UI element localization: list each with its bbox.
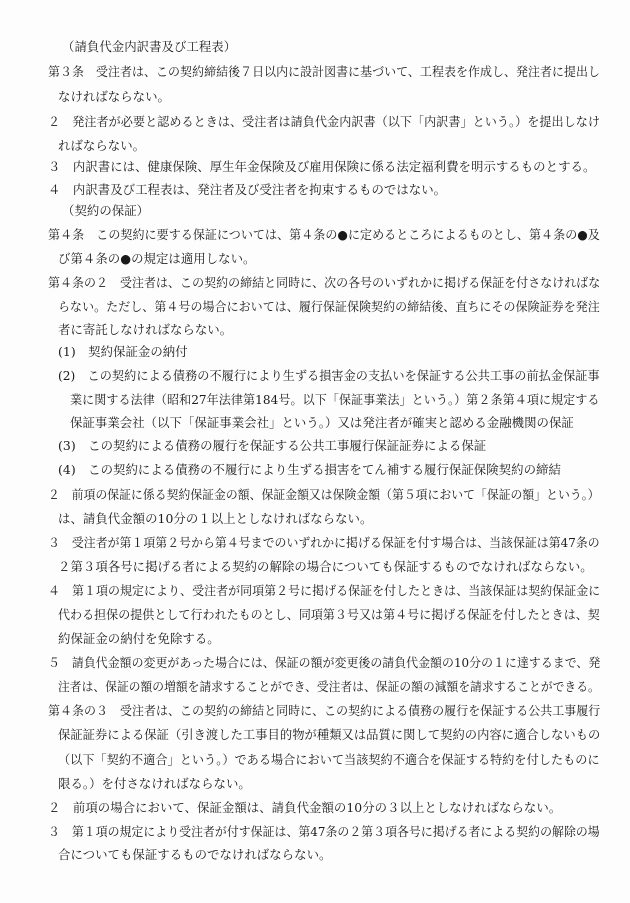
document-line-paragraph: ５ 請負代金額の変更があった場合には、保証の額が変更後の請負代金額の10分の１に…	[48, 655, 600, 671]
document-line-paragraph: ２ 発注者が必要と認めるときは、受注者は請負代金内訳書（以下「内訳書」という。）…	[48, 114, 600, 130]
document-line-article: 第４条の３ 受注者は、この契約の締結と同時に、この契約による債務の履行を保証する…	[48, 703, 600, 719]
document-page: （請負代金内訳書及び工程表）第３条 受注者は、この契約締結後７日以内に設計図書に…	[0, 0, 630, 903]
document-line-paragraph: ４ 内訳書及び工程表は、発注者及び受注者を拘束するものではない。	[48, 182, 446, 198]
document-line-paragraph: ３ 内訳書には、健康保険、厚生年金保険及び雇用保険に係る法定福利費を明示するもの…	[48, 159, 595, 175]
document-line-continuation: び第４条の●の規定は適用しない。	[58, 251, 255, 267]
document-line-paragraph: ４ 第１項の規定により、受注者が同項第２号に掲げる保証を付したときは、当該保証は…	[48, 583, 600, 599]
document-line-article: 第４条 この契約に要する保証については、第４条の●に定めるところによるものとし、…	[48, 227, 600, 243]
document-line-continuation: 者に寄託しなければならない。	[58, 322, 232, 338]
document-line-paragraph: ３ 受注者が第１項第２号から第４号までのいずれかに掲げる保証を付す場合は、当該保…	[48, 535, 600, 551]
document-line-continuation: 業に関する法律（昭和27年法律第184号。以下「保証事業法」という。）第２条第４…	[70, 392, 600, 408]
document-line-article: 第４条の２ 受注者は、この契約の締結と同時に、次の各号のいずれかに掲げる保証を付…	[48, 275, 600, 291]
document-line-continuation: 注者は、保証の額の増額を請求することができ、受注者は、保証の額の減額を請求するこ…	[58, 679, 600, 695]
document-line-continuation: 合についても保証するものでなければならない。	[58, 847, 331, 863]
document-line-continuation: 約保証金の納付を免除する。	[58, 631, 220, 647]
document-line-continuation: 限る。）を付さなければならない。	[58, 776, 251, 792]
document-line-continuation: 代わる担保の提供として行われたものとし、同項第３号又は第４号に掲げる保証を付した…	[58, 607, 600, 623]
document-line-continuation: 保証証券による保証（引き渡した工事目的物が種類又は品質に関して契約の内容に適合し…	[58, 727, 600, 743]
document-line-continuation: らない。ただし、第４号の場合においては、履行保証保険契約の締結後、直ちにその保険…	[58, 299, 600, 315]
document-line-item: (4) この契約による債務の不履行により生ずる損害をてん補する履行保証保険契約の…	[58, 462, 561, 478]
document-line-article: 第３条 受注者は、この契約締結後７日以内に設計図書に基づいて、工程表を作成し、発…	[48, 64, 600, 80]
document-line-continuation: 保証事業会社（以下「保証事業会社」という。）又は発注者が確実と認める金融機関の保…	[70, 415, 574, 431]
document-line-item: (2) この契約による債務の不履行により生ずる損害金の支払いを保証する公共工事の…	[58, 368, 600, 384]
document-line-paragraph: ３ 第１項の規定により受注者が付す保証は、第47条の２第３項各号に掲げる者による…	[48, 824, 600, 840]
document-line-paragraph: ２ 前項の保証に係る契約保証金の額、保証金額又は保険金額（第５項において「保証の…	[48, 487, 600, 503]
document-line-continuation: なければならない。	[58, 89, 170, 105]
document-line-item: (3) この契約による債務の履行を保証する公共工事履行保証証券による保証	[58, 438, 486, 454]
document-line-heading: （請負代金内訳書及び工程表）	[62, 39, 236, 55]
document-line-continuation: ればならない。	[58, 138, 145, 154]
document-line-continuation: は、請負代金額の10分の１以上としなければならない。	[58, 511, 372, 527]
document-line-heading: （契約の保証）	[62, 203, 149, 219]
document-line-paragraph: ２ 前項の場合において、保証金額は、請負代金額の10分の３以上としなければならな…	[48, 800, 561, 816]
document-line-item: (1) 契約保証金の納付	[58, 344, 188, 360]
document-line-continuation: ２第３項各号に掲げる者による契約の解除の場合についても保証するものでなければなら…	[58, 559, 593, 575]
document-line-continuation: （以下「契約不適合」という。）である場合において当該契約不適合を保証する特約を付…	[58, 752, 600, 768]
